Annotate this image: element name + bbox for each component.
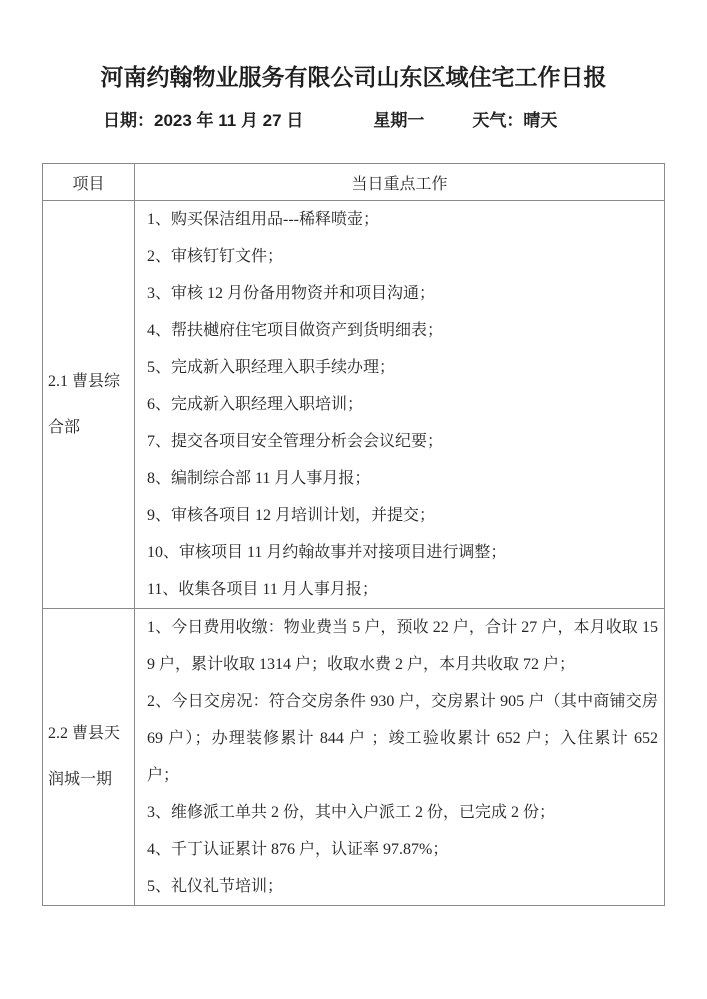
task-list: 1、购买保洁组用品---稀释喷壶；2、审核钉钉文件；3、审核 12 月份备用物资… [135,201,665,609]
task-item: 9、审核各项目 12 月培训计划，并提交； [147,497,658,534]
daily-report-table: 项目 当日重点工作 2.1 曹县综合部 1、购买保洁组用品---稀释喷壶；2、审… [42,163,665,906]
document-title: 河南约翰物业服务有限公司山东区域住宅工作日报 [0,62,707,92]
task-item: 2、今日交房况：符合交房条件 930 户，交房累计 905 户（其中商铺交房 6… [147,683,658,794]
task-item: 7、提交各项目安全管理分析会会议纪要； [147,423,658,460]
task-item: 1、购买保洁组用品---稀释喷壶； [147,201,658,238]
meta-date: 日期：2023 年 11 月 27 日 [103,111,303,130]
task-item: 6、完成新入职经理入职培训； [147,386,658,423]
header-cell-project: 项目 [43,164,135,201]
task-item: 2、审核钉钉文件； [147,238,658,275]
table-row: 2.2 曹县天润城一期 1、今日费用收缴：物业费当 5 户，预收 22 户，合计… [43,609,665,906]
table-row: 2.1 曹县综合部 1、购买保洁组用品---稀释喷壶；2、审核钉钉文件；3、审核… [43,201,665,609]
table-header-row: 项目 当日重点工作 [43,164,665,201]
task-item: 3、审核 12 月份备用物资并和项目沟通； [147,275,658,312]
task-item: 1、今日费用收缴：物业费当 5 户，预收 22 户，合计 27 户，本月收取 1… [147,609,658,683]
task-item: 11、收集各项目 11 月人事月报； [147,571,658,608]
meta-line: 日期：2023 年 11 月 27 日星期一天气：晴天 [103,108,557,134]
project-cell-caoxian-tianrunchengyiqi: 2.2 曹县天润城一期 [43,609,135,906]
task-list: 1、今日费用收缴：物业费当 5 户，预收 22 户，合计 27 户，本月收取 1… [135,609,665,906]
meta-weather: 天气：晴天 [472,111,557,130]
task-item: 10、审核项目 11 月约翰故事并对接项目进行调整； [147,534,658,571]
task-item: 4、帮扶樾府住宅项目做资产到货明细表； [147,312,658,349]
task-item: 5、礼仪礼节培训； [147,868,658,905]
task-item: 5、完成新入职经理入职手续办理； [147,349,658,386]
task-item: 4、千丁认证累计 876 户，认证率 97.87%； [147,831,658,868]
task-item: 3、维修派工单共 2 份，其中入户派工 2 份，已完成 2 份； [147,794,658,831]
project-cell-caoxian-zonghebu: 2.1 曹县综合部 [43,201,135,609]
document-page: 河南约翰物业服务有限公司山东区域住宅工作日报 日期：2023 年 11 月 27… [0,0,707,999]
header-cell-key-work: 当日重点工作 [135,164,665,201]
task-item: 8、编制综合部 11 月人事月报； [147,460,658,497]
meta-weekday: 星期一 [373,111,424,130]
